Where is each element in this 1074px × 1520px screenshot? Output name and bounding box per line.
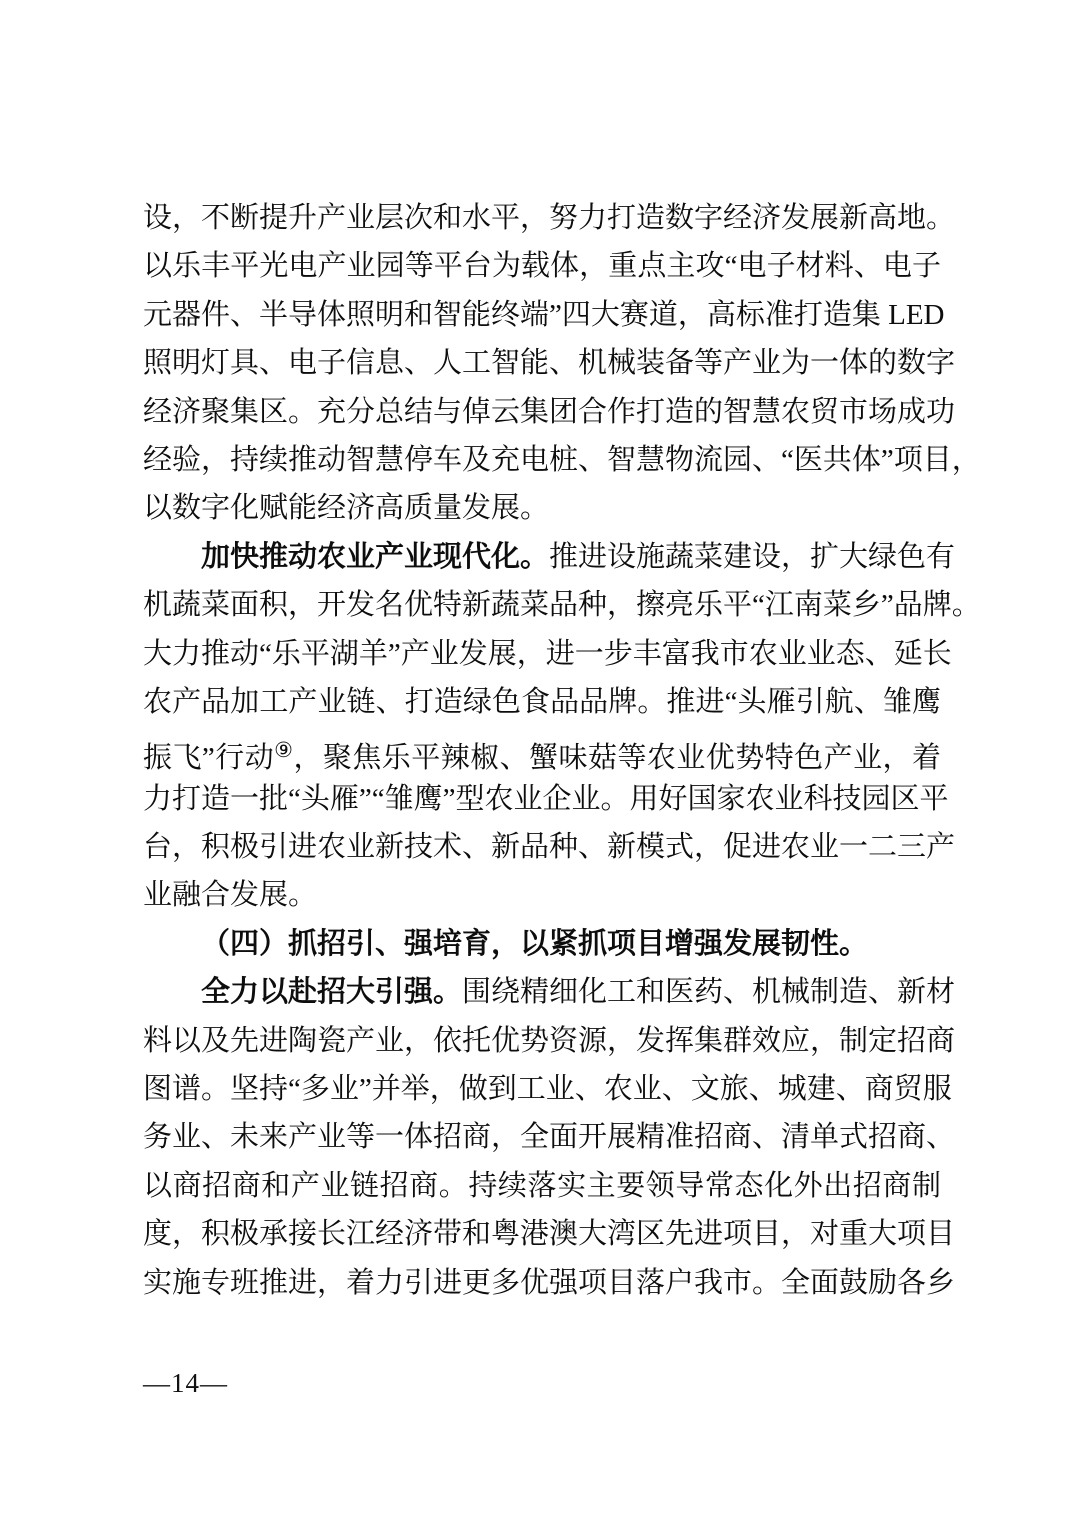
body-text: ，聚焦乐平辣椒、蟹味菇等农业优势特色产业，着 [293, 742, 941, 774]
text-line: 台，积极引进农业新技术、新品种、新模式，促进农业一二三产 [143, 823, 941, 871]
text-line: 力打造一批“头雁”“雏鹰”型农业企业。用好国家农业科技园区平 [143, 775, 941, 823]
body-text: 料以及先进陶瓷产业，依托优势资源，发挥集群效应，制定招商 [143, 1025, 955, 1057]
text-line: 以商招商和产业链招商。持续落实主要领导常态化外出招商制 [143, 1162, 941, 1210]
body-text: 设，不断提升产业层次和水平，努力打造数字经济发展新高地。 [143, 202, 955, 234]
paragraph-lead-bold: 全力以赴招大引强。 [201, 976, 462, 1008]
body-text: 力打造一批“头雁”“雏鹰”型农业企业。用好国家农业科技园区平 [143, 783, 949, 815]
body-text: 振飞”行动 [143, 742, 274, 774]
text-line: 农产品加工产业链、打造绿色食品品牌。推进“头雁引航、雏鹰 [143, 678, 941, 726]
body-text: 照明灯具、电子信息、人工智能、机械装备等产业为一体的数字 [143, 347, 955, 379]
text-line: 照明灯具、电子信息、人工智能、机械装备等产业为一体的数字 [143, 339, 941, 387]
body-text: 大力推动“乐平湖羊”产业发展，进一步丰富我市农业业态、延长 [143, 638, 952, 670]
paragraph-lead-bold: 加快推动农业产业现代化。 [201, 541, 549, 573]
text-line: 机蔬菜面积，开发名优特新蔬菜品种，擦亮乐平“江南菜乡”品牌。 [143, 581, 941, 629]
section-heading: （四）抓招引、强培育，以紧抓项目增强发展韧性。 [143, 920, 941, 968]
text-line: 元器件、半导体照明和智能终端”四大赛道，高标准打造集 LED [143, 291, 941, 339]
text-line: 实施专班推进，着力引进更多优强项目落户我市。全面鼓励各乡 [143, 1259, 941, 1307]
body-text: 图谱。坚持“多业”并举，做到工业、农业、文旅、城建、商贸服 [143, 1073, 952, 1105]
text-line: 设，不断提升产业层次和水平，努力打造数字经济发展新高地。 [143, 194, 941, 242]
body-text: 以商招商和产业链招商。持续落实主要领导常态化外出招商制 [143, 1170, 941, 1202]
page-number: —14— [143, 1366, 228, 1400]
body-text: 业融合发展。 [143, 879, 317, 911]
body-text: 以数字化赋能经济高质量发展。 [143, 492, 549, 524]
body-text: 机蔬菜面积，开发名优特新蔬菜品种，擦亮乐平“江南菜乡”品牌。 [143, 589, 981, 621]
text-line: 以乐丰平光电产业园等平台为载体，重点主攻“电子材料、电子 [143, 242, 941, 290]
body-text: 实施专班推进，着力引进更多优强项目落户我市。全面鼓励各乡 [143, 1267, 955, 1299]
body-text: 经验，持续推动智慧停车及充电桩、智慧物流园、“医共体”项目， [143, 444, 981, 476]
text-line: 经济聚集区。充分总结与倬云集团合作打造的智慧农贸市场成功 [143, 388, 941, 436]
body-text: 元器件、半导体照明和智能终端”四大赛道，高标准打造集 LED [143, 299, 945, 331]
body-text: 推进设施蔬菜建设，扩大绿色有 [549, 541, 955, 573]
body-text: 经济聚集区。充分总结与倬云集团合作打造的智慧农贸市场成功 [143, 396, 955, 428]
text-line: 经验，持续推动智慧停车及充电桩、智慧物流园、“医共体”项目， [143, 436, 941, 484]
document-page: 设，不断提升产业层次和水平，努力打造数字经济发展新高地。 以乐丰平光电产业园等平… [0, 0, 1074, 1520]
text-line: 以数字化赋能经济高质量发展。 [143, 484, 941, 532]
text-line: 加快推动农业产业现代化。推进设施蔬菜建设，扩大绿色有 [143, 533, 941, 581]
text-line: 业融合发展。 [143, 871, 941, 919]
body-text: 台，积极引进农业新技术、新品种、新模式，促进农业一二三产 [143, 831, 955, 863]
body-text: 以乐丰平光电产业园等平台为载体，重点主攻“电子材料、电子 [143, 250, 941, 282]
text-line: 度，积极承接长江经济带和粤港澳大湾区先进项目，对重大项目 [143, 1210, 941, 1258]
body-text: 围绕精细化工和医药、机械制造、新材 [462, 976, 955, 1008]
footnote-ref-9: ⑨ [274, 738, 293, 762]
text-line: 振飞”行动⑨，聚焦乐平辣椒、蟹味菇等农业优势特色产业，着 [143, 726, 941, 774]
document-body: 设，不断提升产业层次和水平，努力打造数字经济发展新高地。 以乐丰平光电产业园等平… [143, 194, 941, 1307]
text-line: 大力推动“乐平湖羊”产业发展，进一步丰富我市农业业态、延长 [143, 630, 941, 678]
body-text: 农产品加工产业链、打造绿色食品品牌。推进“头雁引航、雏鹰 [143, 686, 941, 718]
text-line: 全力以赴招大引强。围绕精细化工和医药、机械制造、新材 [143, 968, 941, 1016]
text-line: 料以及先进陶瓷产业，依托优势资源，发挥集群效应，制定招商 [143, 1017, 941, 1065]
text-line: 务业、未来产业等一体招商，全面开展精准招商、清单式招商、 [143, 1113, 941, 1161]
body-text: 务业、未来产业等一体招商，全面开展精准招商、清单式招商、 [143, 1121, 955, 1153]
text-line: 图谱。坚持“多业”并举，做到工业、农业、文旅、城建、商贸服 [143, 1065, 941, 1113]
body-text: 度，积极承接长江经济带和粤港澳大湾区先进项目，对重大项目 [143, 1218, 955, 1250]
section-heading-text: （四）抓招引、强培育，以紧抓项目增强发展韧性。 [201, 928, 868, 960]
